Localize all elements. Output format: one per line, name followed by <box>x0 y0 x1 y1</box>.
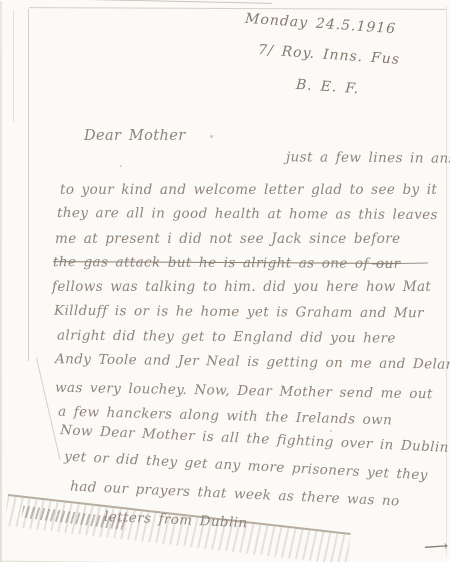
letter-line: yet or did they get any more prisoners y… <box>64 448 428 483</box>
paper-left-inner-edge <box>13 10 14 122</box>
letter-line: Andy Toole and Jer Neal is getting on me… <box>55 351 450 373</box>
paper-top-edge <box>29 7 446 10</box>
paper-speck <box>210 135 213 138</box>
letter-line: me at present i did not see Jack since b… <box>55 231 400 247</box>
next-page-arrow-icon: ⟶ <box>423 536 449 558</box>
letter-regiment: 7/ Roy. Inns. Fus <box>258 42 401 68</box>
salutation: Dear Mother <box>84 128 186 144</box>
letter-line: they are all in good health at home as t… <box>57 205 438 223</box>
horizontal-fold-crease-top <box>0 0 272 4</box>
letter-line: was very louchey. Now, Dear Mother send … <box>55 380 433 403</box>
paper-right-edge <box>446 6 447 556</box>
letter-line: to your kind and welcome letter glad to … <box>60 182 437 198</box>
letter-force-bef: B. E. F. <box>296 77 360 97</box>
paper-speck <box>330 430 332 432</box>
vertical-fold-crease <box>0 1 2 562</box>
paper-speck <box>120 165 122 167</box>
paper-left-lower-edge <box>36 358 61 461</box>
paper-left-edge <box>28 9 29 361</box>
letter-line: just a few lines in answ <box>286 149 450 167</box>
letter-line: fellows was talking to him. did you here… <box>52 279 431 295</box>
scanned-letter-page: Monday 24.5.1916 7/ Roy. Inns. Fus B. E.… <box>0 0 450 562</box>
letter-line: alright did they get to England did you … <box>57 328 396 347</box>
letter-line-censored: the gas attack but he is alright as one … <box>53 254 401 272</box>
letter-line: Killduff is or is he home yet is Graham … <box>54 303 424 322</box>
letter-line: had our prayers that week as there was n… <box>70 479 400 510</box>
letter-date: Monday 24.5.1916 <box>245 11 397 38</box>
